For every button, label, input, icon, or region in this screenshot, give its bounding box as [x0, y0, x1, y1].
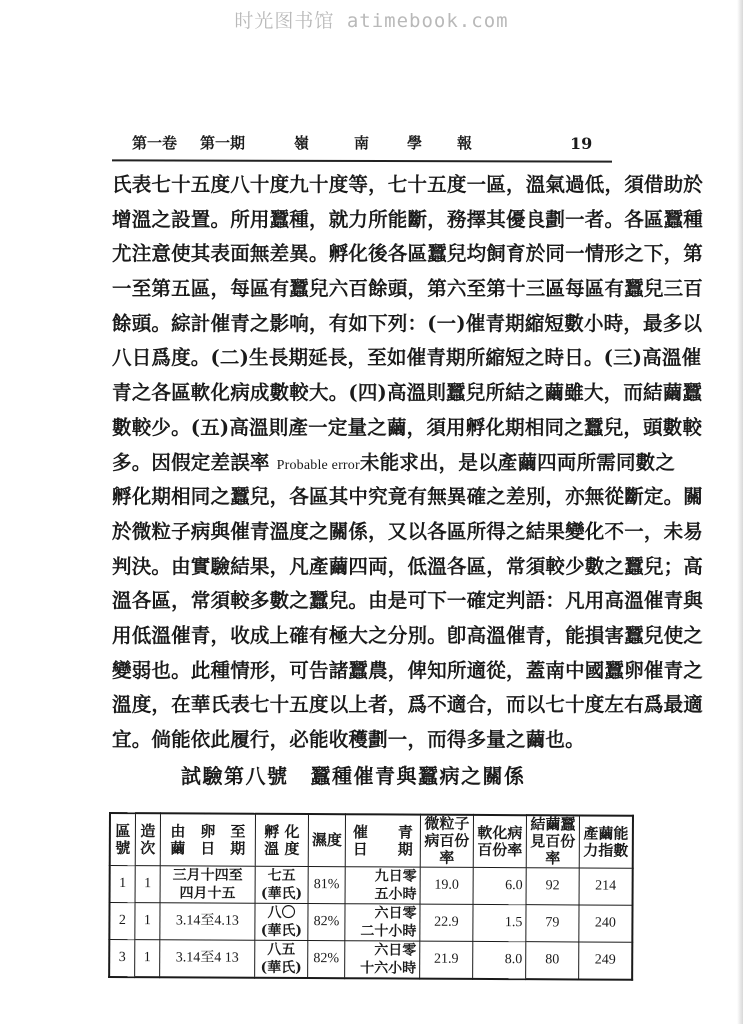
cell-cocoon-pct: 92: [526, 868, 579, 905]
watermark: 时光图书馆 atimebook.com: [0, 6, 743, 33]
header-rule: [112, 159, 612, 162]
cell-yield-index: 240: [579, 905, 633, 942]
cell-egg-to-cocoon: 3.14至4 13: [160, 940, 255, 978]
table-header-row: 區號 造次 由 卵 至繭 日 期 孵 化溫 度 濕度 催 青日 期 微粒子病百份…: [110, 813, 633, 868]
col-cocoon-pct: 結繭蠶見百份率: [526, 815, 579, 868]
text-line: 尤注意使其表面無差異。孵化後各區蠶兒均飼育於同一情形之下，第: [112, 237, 632, 272]
table-title: 試驗第八號蠶種催青與蠶病之關係: [181, 760, 581, 789]
cell-pebrine: 19.0: [420, 867, 473, 904]
experiment-subject: 蠶種催青與蠶病之關係: [311, 764, 526, 788]
issue-label: 第一期: [200, 132, 245, 153]
text-line: 變弱也。此種情形，可告諸蠶農，俾知所適從，蓋南中國蠶卵催青之: [112, 654, 632, 689]
journal-title-char: 學: [407, 132, 422, 153]
col-hatch-temp: 孵 化溫 度: [255, 814, 308, 867]
cell-batch: 1: [135, 903, 160, 940]
cell-incubation: 六日零十六小時: [345, 941, 420, 979]
cell-pebrine: 21.9: [420, 941, 473, 979]
cell-cocoon-pct: 80: [526, 942, 579, 980]
col-incubation: 催 青日 期: [345, 814, 420, 867]
text-line: 氏表七十五度八十度九十度等，七十五度一區，溫氣過低，須借助於: [112, 168, 632, 203]
text-segment: 未能求出，是以產繭四両所需同數之: [360, 451, 675, 474]
cell-batch: 1: [135, 940, 160, 978]
journal-title-char: 報: [457, 132, 472, 153]
cell-cocoon-pct: 79: [526, 905, 579, 942]
text-line: 於微粒子病與催青溫度之關係，又以各區所得之結果變化不一，未易: [112, 515, 632, 550]
col-flacherie: 軟化病百份率: [473, 815, 526, 868]
running-head: 第一卷 第一期 嶺 南 學 報: [132, 132, 602, 156]
text-line: 用低溫催青，收成上確有極大之分別。卽高溫催青，能損害蠶兒使之: [112, 619, 632, 654]
cell-yield-index: 249: [579, 942, 633, 980]
cell-egg-to-cocoon: 三月十四至四月十五: [160, 866, 255, 903]
cell-zone: 2: [109, 903, 135, 940]
text-line: 增溫之設置。所用蠶種，就力所能斷，務擇其優良劃一者。各區蠶種: [112, 203, 632, 238]
cell-humidity: 81%: [308, 867, 345, 904]
table-row: 3 1 3.14至4 13 八五(華氏) 82% 六日零十六小時 21.9 8.…: [109, 940, 632, 980]
cell-flacherie: 6.0: [473, 867, 526, 904]
experiment-table: 區號 造次 由 卵 至繭 日 期 孵 化溫 度 濕度 催 青日 期 微粒子病百份…: [108, 812, 634, 981]
experiment-number: 試驗第八號: [181, 764, 289, 788]
text-line: 孵化期相同之蠶兒，各區其中究竟有無異確之差別，亦無從斷定。關: [112, 480, 632, 515]
col-egg-to-cocoon: 由 卵 至繭 日 期: [160, 813, 255, 866]
cell-flacherie: 8.0: [473, 941, 526, 979]
table-row: 2 1 3.14至4.13 八〇(華氏) 82% 六日零二十小時 22.9 1.…: [109, 903, 632, 943]
cell-humidity: 82%: [308, 941, 345, 979]
cell-incubation: 九日零五小時: [345, 867, 420, 904]
text-line: 溫度，在華氏表七十五度以上者，爲不適合，而以七十度左右爲最適: [112, 688, 632, 723]
text-line: 青之各區軟化病成數較大。(四)高溫則蠶兒所結之繭雖大，而結繭蠶: [112, 376, 632, 411]
cell-humidity: 82%: [308, 904, 345, 941]
col-zone: 區號: [110, 813, 136, 866]
text-line: 判決。由實驗結果，凡產繭四両，低溫各區，常須較少數之蠶兒；高: [112, 550, 632, 585]
text-line: 多。因假定差誤率 Probable error未能求出，是以產繭四両所需同數之: [112, 446, 632, 481]
cell-batch: 1: [135, 866, 160, 903]
text-line: 八日爲度。(二)生長期延長，至如催青期所縮短之時日。(三)高溫催: [112, 341, 632, 376]
col-humidity: 濕度: [308, 814, 345, 867]
page-edge-shadow: [737, 0, 743, 1024]
volume-label: 第一卷: [132, 132, 177, 153]
cell-zone: 3: [109, 940, 135, 978]
cell-hatch-temp: 七五(華氏): [255, 866, 308, 903]
page-number: 19: [570, 134, 592, 153]
cell-yield-index: 214: [579, 868, 633, 905]
cell-incubation: 六日零二十小時: [345, 904, 420, 941]
cell-zone: 1: [110, 866, 136, 903]
text-line: 餘頭。綜計催青之影响，有如下列：(一)催青期縮短數小時，最多以: [112, 307, 632, 342]
text-line: 宜。倘能依此履行，必能收穫劃一，而得多量之繭也。: [112, 723, 632, 758]
journal-title-char: 嶺: [294, 132, 309, 153]
text-segment: 多。因假定差誤率: [112, 451, 277, 474]
body-paragraph: 氏表七十五度八十度九十度等，七十五度一區，溫氣過低，須借助於 增溫之設置。所用蠶…: [112, 168, 632, 758]
col-pebrine: 微粒子病百份率: [420, 815, 473, 868]
cell-pebrine: 22.9: [420, 904, 473, 941]
col-batch: 造次: [135, 813, 160, 866]
cell-egg-to-cocoon: 3.14至4.13: [160, 903, 255, 940]
latin-term: Probable error: [277, 458, 360, 473]
cell-hatch-temp: 八五(華氏): [255, 940, 308, 978]
cell-flacherie: 1.5: [473, 904, 526, 941]
cell-hatch-temp: 八〇(華氏): [255, 903, 308, 940]
text-line: 一至第五區，每區有蠶兒六百餘頭，第六至第十三區每區有蠶兒三百: [112, 272, 632, 307]
text-line: 數較少。(五)高溫則產一定量之繭，須用孵化期相同之蠶兒，頭數較: [112, 411, 632, 446]
col-yield-index: 產繭能力指數: [579, 815, 633, 868]
journal-title-char: 南: [354, 132, 369, 153]
text-line: 溫各區，常須較多數之蠶兒。由是可下一確定判語：凡用高溫催青與: [112, 584, 632, 619]
table-row: 1 1 三月十四至四月十五 七五(華氏) 81% 九日零五小時 19.0 6.0…: [110, 866, 633, 906]
